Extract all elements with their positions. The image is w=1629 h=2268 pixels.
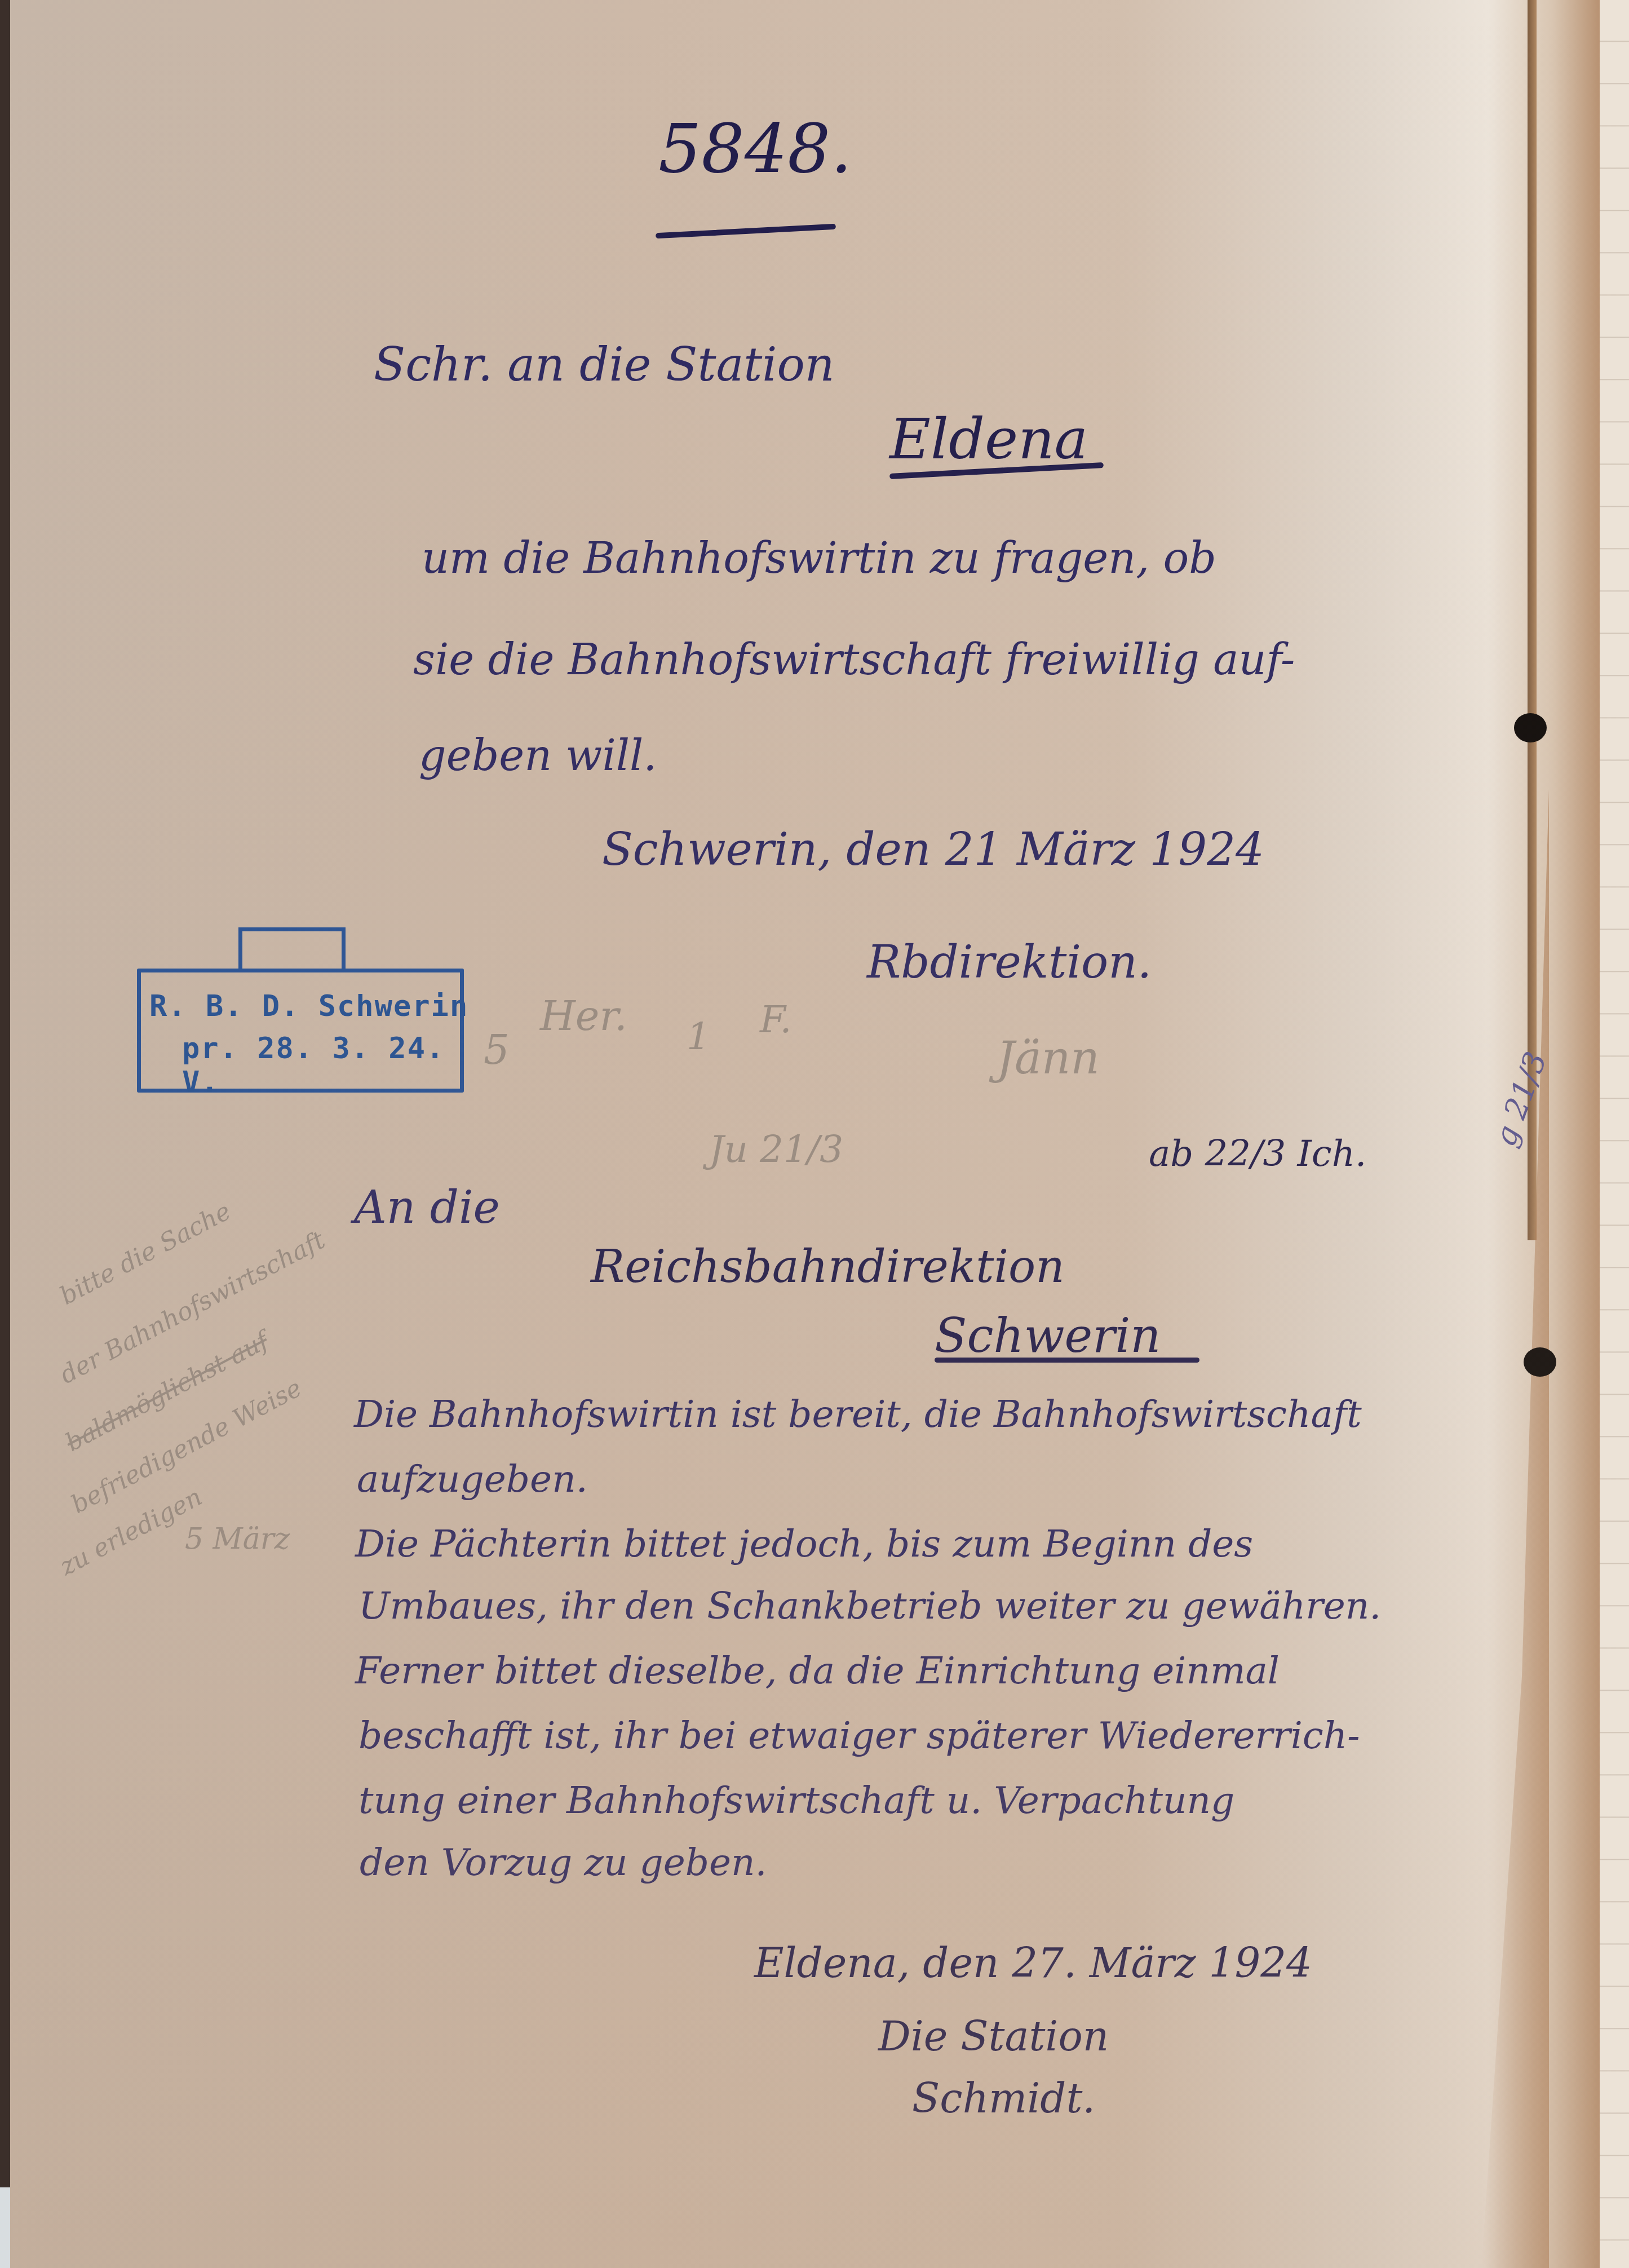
part2-body-line-4: Umbaues, ihr den Schankbetrieb weiter zu… — [358, 1584, 1381, 1628]
recipient-city-underline — [935, 1358, 1199, 1363]
part2-recipient-city: Schwerin — [935, 1308, 1161, 1363]
page-left-edge-shadow — [0, 0, 11, 2268]
part2-recipient: Reichsbahndirektion — [591, 1240, 1065, 1293]
stamp-frame-tab — [238, 927, 346, 972]
part2-body-line-5: Ferner bittet dieselbe, da die Einrichtu… — [355, 1649, 1280, 1692]
part2-salutation: An die — [354, 1181, 500, 1234]
part1-body-line-2: sie die Bahnhofswirtschaft freiwillig au… — [413, 634, 1295, 684]
left-pencil-note-3: baldmöglichst auf — [61, 1327, 273, 1457]
part2-body-line-7: tung einer Bahnhofswirtschaft u. Verpach… — [358, 1779, 1234, 1822]
document-page: 5848. Schr. an die Station Eldena um die… — [10, 0, 1600, 2268]
part1-authority: Rbdirektion. — [867, 936, 1152, 988]
part1-body-line-1: um die Bahnhofswirtin zu fragen, ob — [422, 533, 1216, 583]
file-number-underline — [656, 224, 836, 239]
left-pencil-note-5: zu erledigen — [55, 1483, 207, 1581]
binder-hole-bottom — [1524, 1347, 1556, 1377]
right-edge-note: g 21/3 — [1487, 1047, 1553, 1151]
left-pencil-note-initials: 5 März — [185, 1522, 290, 1556]
part2-body-line-8: den Vorzug zu geben. — [360, 1841, 767, 1884]
dispatch-note: ab 22/3 Ich. — [1149, 1133, 1366, 1175]
page-fold-wedge — [1481, 789, 1549, 2268]
pencil-annotation-date: Ju 21/3 — [709, 1128, 843, 1171]
stamp-line-1: R. B. D. Schwerin — [149, 989, 468, 1023]
left-pencil-note-2: der Bahnhofswirtschaft — [55, 1226, 330, 1390]
received-stamp: R. B. D. Schwerin pr. 28. 3. 24. V. — [137, 927, 470, 1051]
part2-body-line-6: beschafft ist, ihr bei etwaiger späterer… — [358, 1714, 1360, 1757]
part2-signature-title: Die Station — [878, 2013, 1109, 2060]
part1-place-date: Schwerin, den 21 März 1924 — [602, 823, 1264, 876]
pencil-annotation-4: F. — [760, 998, 792, 1041]
pencil-annotation-1: 5 — [484, 1026, 510, 1073]
stamp-frame — [137, 969, 464, 1093]
pencil-annotation-2: Her. — [540, 992, 627, 1040]
pencil-annotation-3: 1 — [687, 1015, 710, 1058]
part2-body-line-1: Die Bahnhofswirtin ist bereit, die Bahnh… — [354, 1392, 1362, 1436]
pencil-signature: Jänn — [997, 1032, 1100, 1084]
station-name: Eldena — [889, 406, 1088, 472]
left-pencil-note-1: bitte die Sache — [55, 1197, 236, 1311]
station-name-underline — [889, 462, 1104, 479]
file-number: 5848. — [658, 110, 852, 188]
binder-hole-top — [1514, 713, 1547, 742]
left-pencil-note-4: befriedigende Weise — [67, 1373, 307, 1519]
part2-place-date: Eldena, den 27. März 1924 — [754, 1939, 1312, 1987]
part1-body-line-3: geben will. — [419, 730, 657, 780]
part1-opening: Schr. an die Station — [374, 338, 835, 392]
stamp-line-2: pr. 28. 3. 24. V. — [182, 1032, 470, 1099]
part2-body-line-2: aufzugeben. — [357, 1457, 588, 1501]
part2-body-line-3: Die Pächterin bittet jedoch, bis zum Beg… — [355, 1522, 1253, 1566]
page-fold-shadow — [1528, 0, 1537, 1240]
part2-signature-name: Schmidt. — [912, 2075, 1095, 2122]
